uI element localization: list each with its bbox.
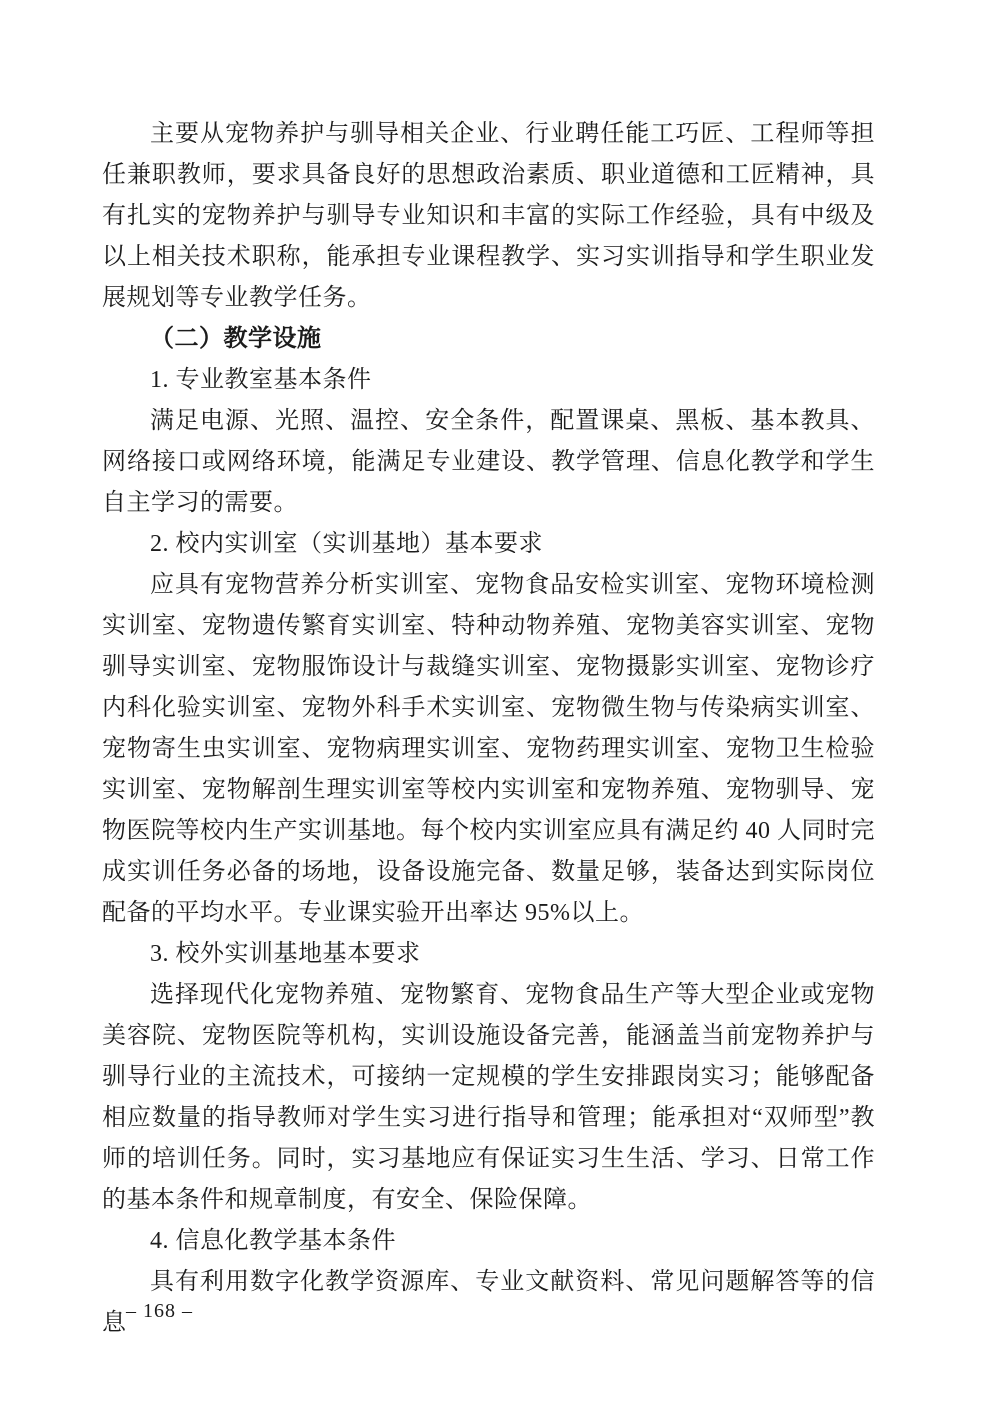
paragraph-classroom-basic-conditions: 满足电源、光照、温控、安全条件，配置课桌、黑板、基本教具、网络接口或网络环境，能… (102, 401, 875, 524)
document-text-block: 主要从宠物养护与驯导相关企业、行业聘任能工巧匠、工程师等担任兼职教师，要求具备良… (102, 114, 875, 1344)
paragraph-campus-training-rooms: 应具有宠物营养分析实训室、宠物食品安检实训室、宠物环境检测实训室、宠物遗传繁育实… (102, 565, 875, 934)
subheading-informatization-teaching: 4. 信息化教学基本条件 (102, 1221, 875, 1262)
paragraph-informatization-teaching: 具有利用数字化教学资源库、专业文献资料、常见问题解答等的信息 (102, 1262, 875, 1344)
subheading-classroom-basic-conditions: 1. 专业教室基本条件 (102, 360, 875, 401)
page-number: – 168 – (126, 1300, 193, 1323)
subheading-off-campus-training-bases: 3. 校外实训基地基本要求 (102, 934, 875, 975)
subheading-campus-training-rooms: 2. 校内实训室（实训基地）基本要求 (102, 524, 875, 565)
document-page: 主要从宠物养护与驯导相关企业、行业聘任能工巧匠、工程师等担任兼职教师，要求具备良… (0, 0, 1000, 1414)
paragraph-part-time-teachers: 主要从宠物养护与驯导相关企业、行业聘任能工巧匠、工程师等担任兼职教师，要求具备良… (102, 114, 875, 319)
paragraph-off-campus-training-bases: 选择现代化宠物养殖、宠物繁育、宠物食品生产等大型企业或宠物美容院、宠物医院等机构… (102, 975, 875, 1221)
heading-teaching-facilities: （二）教学设施 (102, 319, 875, 360)
